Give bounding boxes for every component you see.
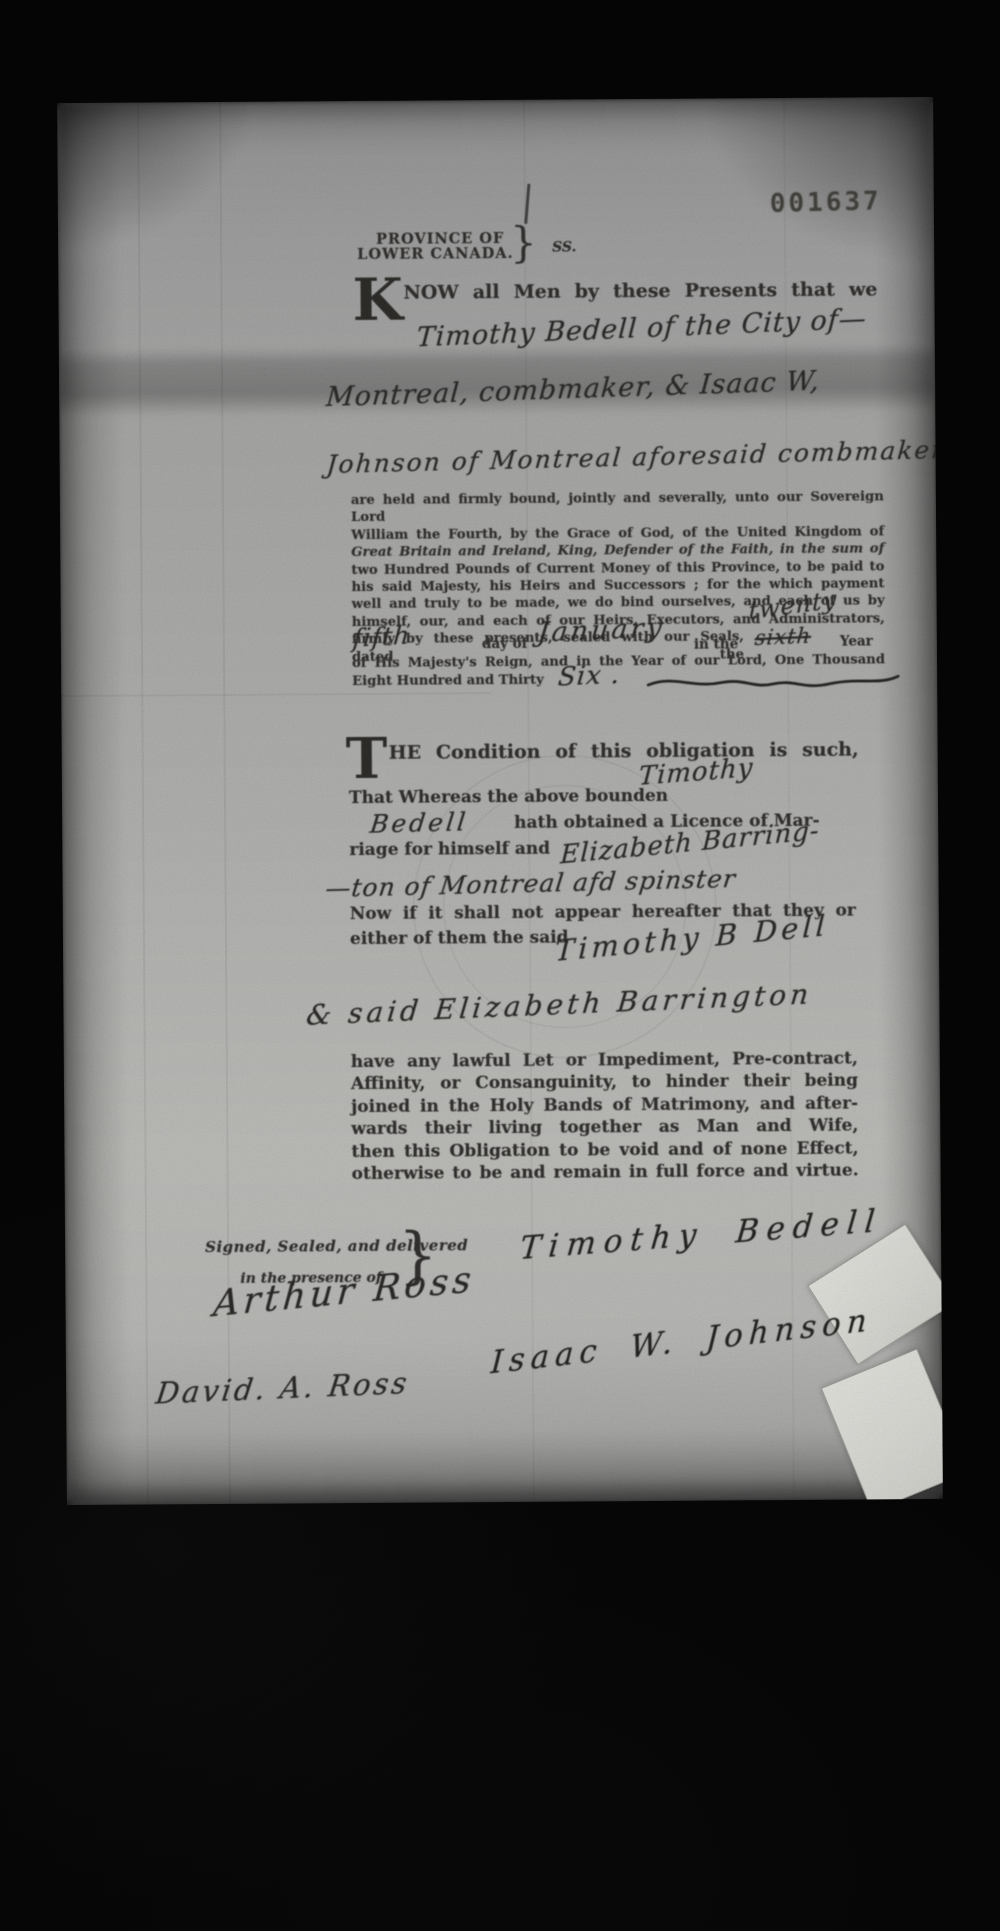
whereas-line: That Whereas the above bounden [349,786,668,808]
pen-flourish [644,667,904,695]
know-line: NOW all Men by these Presents that we [403,278,877,303]
hw-day-units: fifth [352,621,412,654]
condition-line: HE Condition of this obligation is such, [389,738,859,763]
year-label: Year [840,633,873,649]
know-dropcap: K [352,271,403,329]
hw-struck-regnal-year: sixth [754,624,813,650]
stamp-number: 001637 [769,186,882,219]
hw-year-six: Six . [557,660,622,693]
thirty-line: Eight Hundred and Thirty [352,673,544,689]
province-line-2: LOWER CANADA. [357,245,514,263]
day-of-label: day of [482,636,528,652]
hw-groom-surname: Bedell [368,807,469,838]
hw-month: January [536,612,666,648]
marriage-line: riage for himself and [349,839,550,860]
condition-dropcap: T [346,731,388,787]
either-line: either of them the said [350,928,569,950]
document-page: 001637 PROVINCE OF LOWER CANADA. } SS. K… [57,97,943,1505]
header-brace: } [510,222,537,264]
bond-line: are held and firmly bound, jointly and s… [351,488,884,527]
in-the-label: in the [694,636,738,652]
closing-paragraph: have any lawful Let or Impediment, Pre-c… [351,1048,859,1186]
ss-label: SS. [552,239,576,255]
film-background: 001637 PROVINCE OF LOWER CANADA. } SS. K… [0,0,1000,1931]
closing-line: otherwise to be and remain in full force… [352,1160,859,1186]
